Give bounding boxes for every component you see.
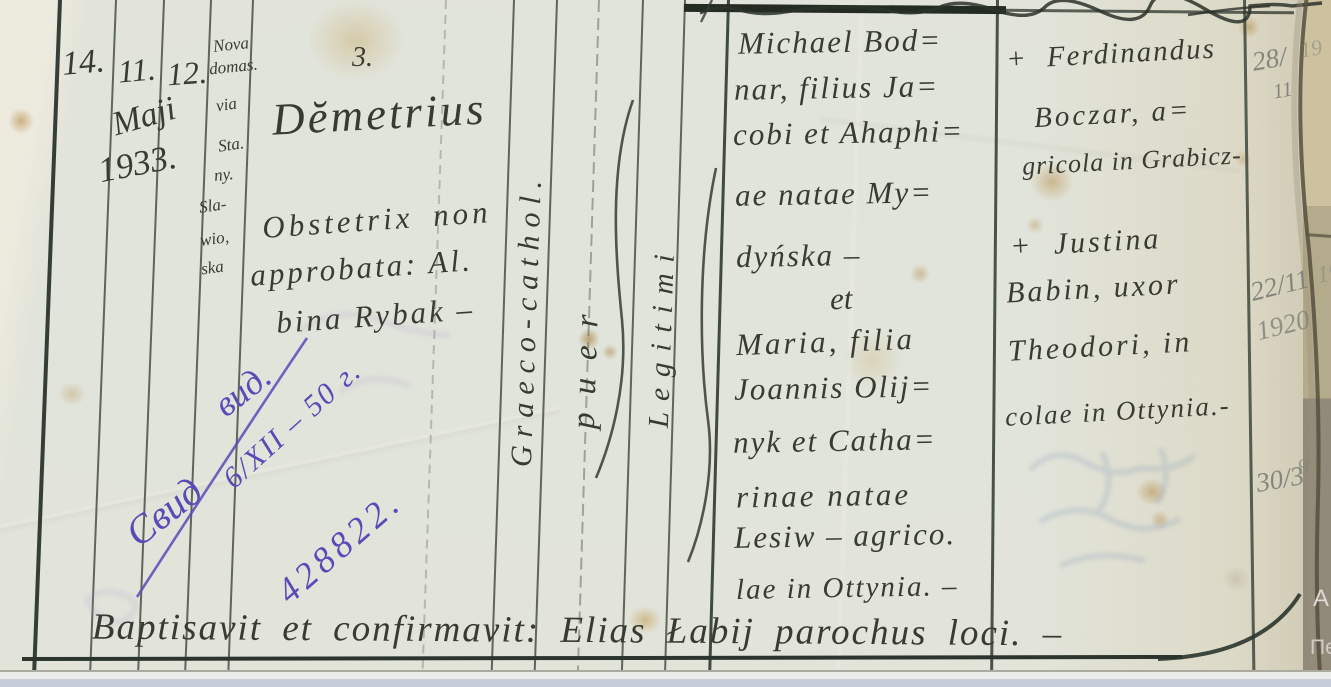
column-line xyxy=(89,0,117,672)
top-border-thin xyxy=(1002,9,1294,15)
margin-date: 11 xyxy=(1271,78,1294,102)
next-page-edge xyxy=(1303,0,1331,687)
watermark-letter: А xyxy=(1313,585,1329,613)
bottom-border-corner xyxy=(1158,594,1300,659)
margin-date: 28/ xyxy=(1250,43,1289,76)
parents-line: Joannis Olij= xyxy=(734,370,934,404)
series-number: 14. xyxy=(61,44,106,82)
parents-line: dyńska – xyxy=(736,239,862,272)
house-line: domas. xyxy=(208,56,258,78)
column-line xyxy=(621,0,644,672)
house-line: Sta. xyxy=(217,134,245,154)
midwife-note-line: approbata: Al. xyxy=(249,244,473,290)
house-line: via xyxy=(215,95,238,115)
column-line-parents xyxy=(708,0,730,672)
godparents-line: Boczar, a= xyxy=(1033,96,1192,133)
baptized-name: Dĕmetrius xyxy=(271,86,488,142)
top-border-thick xyxy=(684,4,1006,14)
legitimacy-column-brace xyxy=(688,168,716,562)
house-line: Sla- xyxy=(198,195,227,216)
column-line xyxy=(184,0,212,672)
parents-line: Maria, filia xyxy=(736,323,916,360)
watermark-letter: Пе xyxy=(1310,636,1331,660)
bottom-border xyxy=(22,655,1182,661)
page-bottom-edge xyxy=(0,670,1331,687)
purple-note-word: вид. xyxy=(207,357,277,423)
legitimacy-label: Legitimi xyxy=(644,228,680,444)
footer-inscription: Baptisavit et confirmavit: Elias Łabij p… xyxy=(92,609,1063,653)
godparents-line: + Justina xyxy=(1009,224,1162,262)
purple-note-number: 428822. xyxy=(270,483,408,610)
parents-line: Lesiw – agrico. xyxy=(734,518,957,553)
godparents-line: gricola in Grabicz- xyxy=(1021,142,1242,179)
midwife-note-line: Obstetrix non xyxy=(261,196,492,243)
faded-ink-offset xyxy=(1030,448,1195,566)
midwife-note-line: bina Rybak – xyxy=(275,293,476,338)
birth-month: Maji xyxy=(109,92,180,142)
column-line-left-border xyxy=(32,0,62,672)
column-line-dates xyxy=(1243,0,1255,672)
house-line: wio, xyxy=(199,228,230,249)
parents-line: cobi et Ahaphi= xyxy=(733,115,965,150)
birth-year: 1933. xyxy=(95,139,179,188)
parents-line: ae natae My= xyxy=(735,176,934,210)
register-page-photo: 14. 11. 12. Maji 1933. Nova domas. via S… xyxy=(0,0,1331,687)
parents-line: nar, filius Ja= xyxy=(734,70,940,105)
house-line: Nova xyxy=(212,34,249,55)
house-line: ska xyxy=(200,258,225,278)
column-line-godparents xyxy=(990,0,999,672)
parents-line: Michael Bod= xyxy=(738,24,943,59)
godparents-line: + Ferdinandus xyxy=(1005,35,1216,75)
baptism-day: 12. xyxy=(166,56,208,91)
margin-date: 19 xyxy=(1298,36,1323,61)
parents-line: nyk et Catha= xyxy=(733,423,937,458)
godparents-line: Babin, uxor xyxy=(1005,269,1181,308)
godparents-line: Theodori, in xyxy=(1007,327,1193,367)
entry-number: 3. xyxy=(352,44,373,72)
parents-line: lae in Ottynia. – xyxy=(736,572,959,605)
house-line: ny. xyxy=(213,165,234,184)
sex-label: puer xyxy=(567,281,606,444)
parents-line: et xyxy=(829,283,852,315)
godparents-line: colae in Ottynia.- xyxy=(1004,392,1231,431)
purple-note-word: Свид xyxy=(119,470,210,553)
birth-day: 11. xyxy=(117,52,157,87)
parents-line: rinae natae xyxy=(736,478,912,512)
